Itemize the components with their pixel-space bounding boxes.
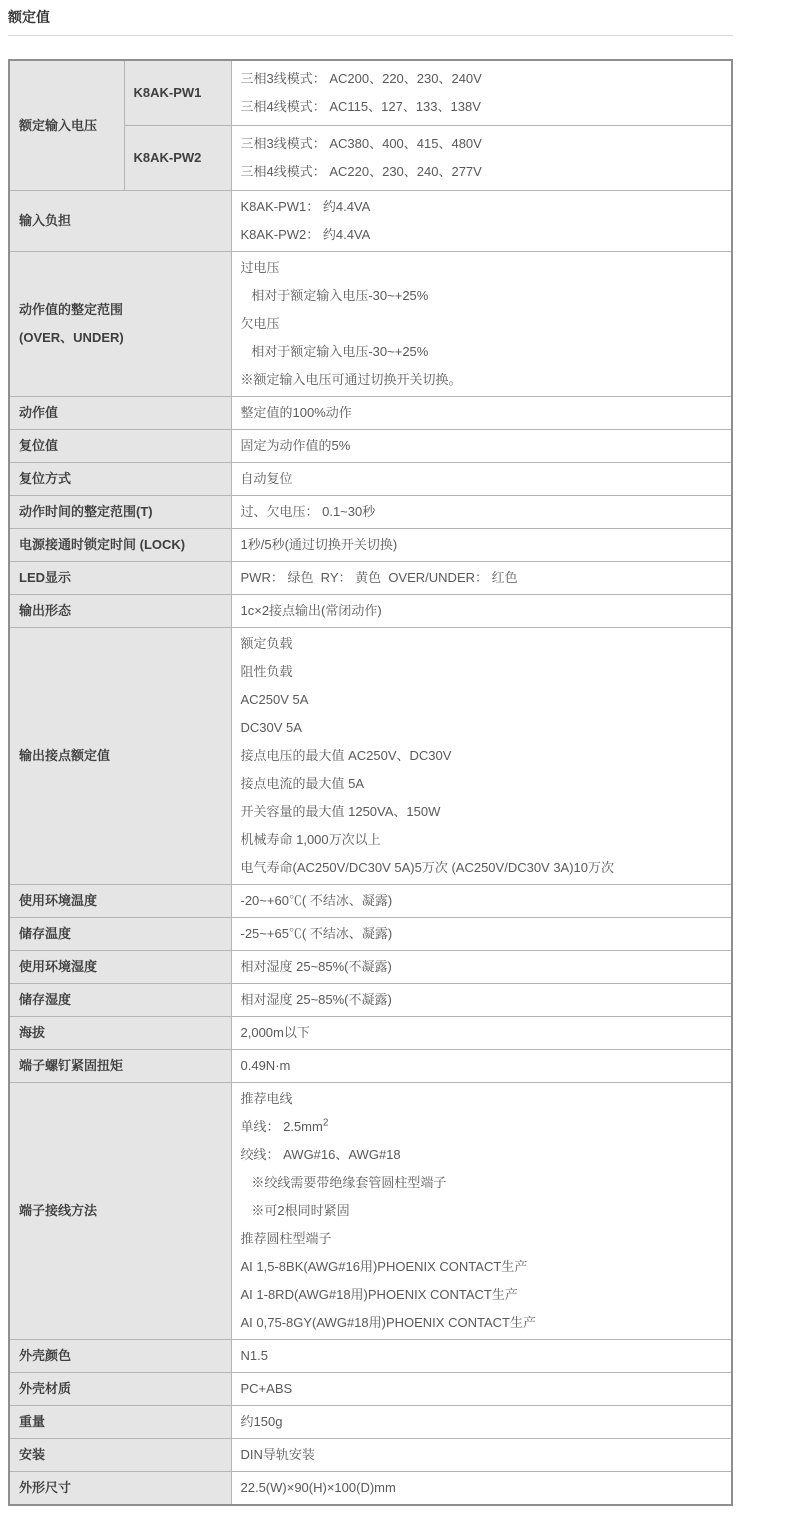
spec-label-cell: 重量 (9, 1406, 231, 1439)
spec-label-text-2: (OVER、UNDER) (19, 324, 222, 352)
spec-value-line: 三相4线模式： AC115、127、133、138V (241, 93, 723, 121)
spec-label-cell: 端子接线方法 (9, 1083, 231, 1340)
spec-value-cell: -25~+65℃( 不结冰、凝露) (231, 918, 732, 951)
spec-table: 额定输入电压K8AK-PW1三相3线模式： AC200、220、230、240V… (8, 59, 733, 1506)
spec-value-cell: 额定负载阻性负载AC250V 5ADC30V 5A接点电压的最大值 AC250V… (231, 628, 732, 885)
spec-row: 输出形态1c×2接点输出(常闭动作) (9, 595, 732, 628)
spec-label-text: 输出形态 (19, 597, 222, 625)
spec-value-cell: 约150g (231, 1406, 732, 1439)
spec-value-line: 相对湿度 25~85%(不凝露) (241, 953, 723, 981)
spec-value-line: 相对于额定输入电压-30~+25% (241, 338, 723, 366)
spec-label-text: 使用环境温度 (19, 887, 222, 915)
spec-model-cell: K8AK-PW2 (124, 126, 231, 191)
title-divider (8, 35, 733, 36)
spec-row: 储存温度-25~+65℃( 不结冰、凝露) (9, 918, 732, 951)
spec-value-cell: 固定为动作值的5% (231, 430, 732, 463)
spec-value-line: 三相4线模式： AC220、230、240、277V (241, 158, 723, 186)
spec-label-cell: 储存湿度 (9, 984, 231, 1017)
page-title: 额定值 (8, 8, 790, 26)
spec-label-text: 复位值 (19, 432, 222, 460)
spec-value-line: 电气寿命(AC250V/DC30V 5A)5万次 (AC250V/DC30V 3… (241, 854, 723, 882)
spec-label-cell: 复位值 (9, 430, 231, 463)
spec-value-line: -20~+60℃( 不结冰、凝露) (241, 887, 723, 915)
spec-label-cell: 海拔 (9, 1017, 231, 1050)
spec-label-text: 输出接点额定值 (19, 742, 222, 770)
spec-label-cell: 输出接点额定值 (9, 628, 231, 885)
spec-value-cell: N1.5 (231, 1340, 732, 1373)
spec-row: 使用环境湿度相对湿度 25~85%(不凝露) (9, 951, 732, 984)
spec-value-line: 过电压 (241, 254, 723, 282)
spec-row: 使用环境温度-20~+60℃( 不结冰、凝露) (9, 885, 732, 918)
spec-value-cell: 推荐电线单线： 2.5mm2绞线： AWG#16、AWG#18 ※绞线需要带绝缘… (231, 1083, 732, 1340)
spec-value-cell: 过电压 相对于额定输入电压-30~+25%欠电压 相对于额定输入电压-30~+2… (231, 252, 732, 397)
spec-row: 储存湿度相对湿度 25~85%(不凝露) (9, 984, 732, 1017)
spec-value-cell: PWR： 绿色 RY： 黄色 OVER/UNDER： 红色 (231, 562, 732, 595)
spec-label-cell: 额定输入电压 (9, 60, 124, 191)
spec-row: 外壳材质PC+ABS (9, 1373, 732, 1406)
spec-value-cell: K8AK-PW1： 约4.4VAK8AK-PW2： 约4.4VA (231, 191, 732, 252)
spec-value-line: 接点电压的最大值 AC250V、DC30V (241, 742, 723, 770)
spec-value-line: ※可2根同时紧固 (241, 1197, 723, 1225)
spec-value-line: 自动复位 (241, 465, 723, 493)
spec-value-line: 欠电压 (241, 310, 723, 338)
spec-label-cell: 输出形态 (9, 595, 231, 628)
spec-value-line: 相对于额定输入电压-30~+25% (241, 282, 723, 310)
spec-value-cell: DIN导轨安装 (231, 1439, 732, 1472)
spec-label-cell: 电源接通时锁定时间 (LOCK) (9, 529, 231, 562)
spec-label-cell: 外壳颜色 (9, 1340, 231, 1373)
spec-label-text: 外壳颜色 (19, 1342, 222, 1370)
spec-row: 动作值的整定范围(OVER、UNDER)过电压 相对于额定输入电压-30~+25… (9, 252, 732, 397)
page: 额定值 额定输入电压K8AK-PW1三相3线模式： AC200、220、230、… (0, 8, 790, 1506)
spec-label-text: 端子螺钉紧固扭矩 (19, 1052, 222, 1080)
spec-value-line: 三相3线模式： AC200、220、230、240V (241, 65, 723, 93)
spec-value-line: 1c×2接点输出(常闭动作) (241, 597, 723, 625)
spec-row: LED显示PWR： 绿色 RY： 黄色 OVER/UNDER： 红色 (9, 562, 732, 595)
spec-value-cell: 22.5(W)×90(H)×100(D)mm (231, 1472, 732, 1506)
spec-value-cell: 相对湿度 25~85%(不凝露) (231, 984, 732, 1017)
spec-value-line: ※额定输入电压可通过切换开关切换。 (241, 366, 723, 394)
spec-value-line: DIN导轨安装 (241, 1441, 723, 1469)
spec-value-cell: 自动复位 (231, 463, 732, 496)
spec-label-text: 使用环境湿度 (19, 953, 222, 981)
spec-label-text: 复位方式 (19, 465, 222, 493)
spec-row: 输出接点额定值额定负载阻性负载AC250V 5ADC30V 5A接点电压的最大值… (9, 628, 732, 885)
spec-value-cell: 三相3线模式： AC200、220、230、240V三相4线模式： AC115、… (231, 60, 732, 126)
spec-row: 外壳颜色N1.5 (9, 1340, 732, 1373)
spec-value-line: 机械寿命 1,000万次以上 (241, 826, 723, 854)
spec-row: 安装DIN导轨安装 (9, 1439, 732, 1472)
spec-value-line: -25~+65℃( 不结冰、凝露) (241, 920, 723, 948)
spec-value-line: 过、欠电压： 0.1~30秒 (241, 498, 723, 526)
spec-value-line: PWR： 绿色 RY： 黄色 OVER/UNDER： 红色 (241, 564, 723, 592)
spec-label-cell: LED显示 (9, 562, 231, 595)
spec-label-cell: 复位方式 (9, 463, 231, 496)
spec-value-line: K8AK-PW2： 约4.4VA (241, 221, 723, 249)
spec-value-line: 22.5(W)×90(H)×100(D)mm (241, 1474, 723, 1502)
spec-row: 动作值整定值的100%动作 (9, 397, 732, 430)
spec-row: 电源接通时锁定时间 (LOCK)1秒/5秒(通过切换开关切换) (9, 529, 732, 562)
spec-value-line: PC+ABS (241, 1375, 723, 1403)
spec-value-cell: 1秒/5秒(通过切换开关切换) (231, 529, 732, 562)
spec-value-line: ※绞线需要带绝缘套管圆柱型端子 (241, 1169, 723, 1197)
spec-label-cell: 动作时间的整定范围(T) (9, 496, 231, 529)
spec-value-cell: 过、欠电压： 0.1~30秒 (231, 496, 732, 529)
spec-value-line: 固定为动作值的5% (241, 432, 723, 460)
spec-value-cell: 整定值的100%动作 (231, 397, 732, 430)
spec-row: 端子螺钉紧固扭矩0.49N·m (9, 1050, 732, 1083)
spec-label-cell: 输入负担 (9, 191, 231, 252)
spec-label-text: 电源接通时锁定时间 (LOCK) (19, 531, 222, 559)
spec-row: 输入负担K8AK-PW1： 约4.4VAK8AK-PW2： 约4.4VA (9, 191, 732, 252)
spec-label-text: 动作值的整定范围 (19, 296, 222, 324)
spec-value-cell: 0.49N·m (231, 1050, 732, 1083)
spec-row: 海拔2,000m以下 (9, 1017, 732, 1050)
spec-label-text: 外壳材质 (19, 1375, 222, 1403)
spec-label-cell: 储存温度 (9, 918, 231, 951)
spec-label-cell: 外壳材质 (9, 1373, 231, 1406)
spec-label-text: 动作时间的整定范围(T) (19, 498, 222, 526)
spec-value-line: 绞线： AWG#16、AWG#18 (241, 1141, 723, 1169)
spec-row: 额定输入电压K8AK-PW1三相3线模式： AC200、220、230、240V… (9, 60, 732, 126)
spec-row: 复位方式自动复位 (9, 463, 732, 496)
spec-row: 端子接线方法推荐电线单线： 2.5mm2绞线： AWG#16、AWG#18 ※绞… (9, 1083, 732, 1340)
spec-model-cell: K8AK-PW1 (124, 60, 231, 126)
spec-label-text: 海拔 (19, 1019, 222, 1047)
spec-row: 复位值固定为动作值的5% (9, 430, 732, 463)
spec-value-line: K8AK-PW1： 约4.4VA (241, 193, 723, 221)
spec-value-cell: 相对湿度 25~85%(不凝露) (231, 951, 732, 984)
spec-value-line: AI 0,75-8GY(AWG#18用)PHOENIX CONTACT生产 (241, 1309, 723, 1337)
spec-value-cell: 三相3线模式： AC380、400、415、480V三相4线模式： AC220、… (231, 126, 732, 191)
superscript: 2 (323, 1118, 329, 1129)
spec-value-cell: 2,000m以下 (231, 1017, 732, 1050)
spec-label-text: 储存湿度 (19, 986, 222, 1014)
spec-value-line: N1.5 (241, 1342, 723, 1370)
spec-value-line: AI 1-8RD(AWG#18用)PHOENIX CONTACT生产 (241, 1281, 723, 1309)
spec-label-cell: 动作值的整定范围(OVER、UNDER) (9, 252, 231, 397)
spec-label-cell: 使用环境温度 (9, 885, 231, 918)
spec-row: 外形尺寸22.5(W)×90(H)×100(D)mm (9, 1472, 732, 1506)
spec-label-cell: 端子螺钉紧固扭矩 (9, 1050, 231, 1083)
spec-value-line: DC30V 5A (241, 714, 723, 742)
spec-label-cell: 使用环境湿度 (9, 951, 231, 984)
spec-value-line: 1秒/5秒(通过切换开关切换) (241, 531, 723, 559)
spec-label-text: 外形尺寸 (19, 1474, 222, 1502)
spec-label-text: 储存温度 (19, 920, 222, 948)
spec-table-body: 额定输入电压K8AK-PW1三相3线模式： AC200、220、230、240V… (9, 60, 732, 1505)
spec-value-cell: -20~+60℃( 不结冰、凝露) (231, 885, 732, 918)
spec-value-line: 额定负载 (241, 630, 723, 658)
spec-value-line: AC250V 5A (241, 686, 723, 714)
spec-row: 重量约150g (9, 1406, 732, 1439)
spec-label-cell: 安装 (9, 1439, 231, 1472)
spec-value-line: 推荐圆柱型端子 (241, 1225, 723, 1253)
spec-label-text: 安装 (19, 1441, 222, 1469)
spec-value-line: 开关容量的最大值 1250VA、150W (241, 798, 723, 826)
spec-value-cell: PC+ABS (231, 1373, 732, 1406)
spec-value-line: 推荐电线 (241, 1085, 723, 1113)
spec-label-text: 动作值 (19, 399, 222, 427)
spec-value-line: 相对湿度 25~85%(不凝露) (241, 986, 723, 1014)
spec-value-line: 阻性负载 (241, 658, 723, 686)
spec-value-line: 单线： 2.5mm2 (241, 1113, 723, 1141)
spec-value-line: 0.49N·m (241, 1052, 723, 1080)
spec-value-line: AI 1,5-8BK(AWG#16用)PHOENIX CONTACT生产 (241, 1253, 723, 1281)
spec-label-cell: 动作值 (9, 397, 231, 430)
spec-value-cell: 1c×2接点输出(常闭动作) (231, 595, 732, 628)
spec-value-line: 接点电流的最大值 5A (241, 770, 723, 798)
spec-value-line: 2,000m以下 (241, 1019, 723, 1047)
spec-label-text: 端子接线方法 (19, 1197, 222, 1225)
spec-value-line: 三相3线模式： AC380、400、415、480V (241, 130, 723, 158)
spec-value-line: 约150g (241, 1408, 723, 1436)
spec-label-text: 输入负担 (19, 207, 222, 235)
spec-label-text: LED显示 (19, 564, 222, 592)
spec-label-cell: 外形尺寸 (9, 1472, 231, 1506)
spec-value-line: 整定值的100%动作 (241, 399, 723, 427)
spec-row: 动作时间的整定范围(T)过、欠电压： 0.1~30秒 (9, 496, 732, 529)
spec-label-text: 重量 (19, 1408, 222, 1436)
